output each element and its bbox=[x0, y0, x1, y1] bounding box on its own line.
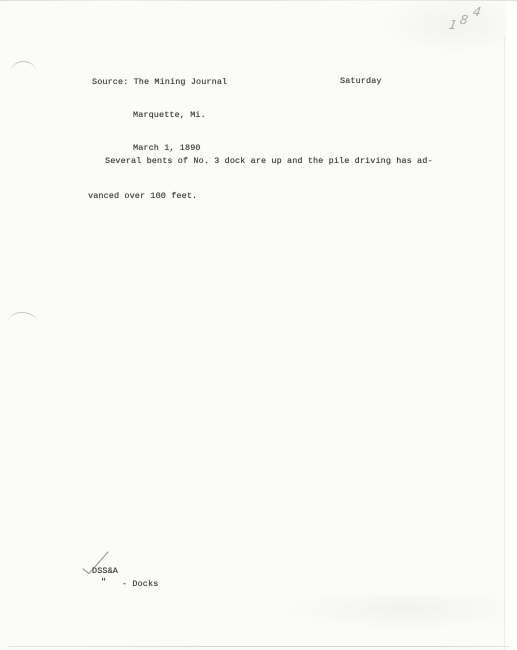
scan-right-edge-line bbox=[504, 36, 505, 650]
page-number-digit: 8 bbox=[459, 12, 469, 28]
scanned-document-page: 1 8 4 Source: The Mining Journal Marquet… bbox=[0, 0, 517, 650]
paragraph-line: vanced over 100 feet. bbox=[88, 191, 433, 203]
index-category: - Docks bbox=[122, 579, 158, 590]
page-number-digit: 4 bbox=[472, 4, 482, 20]
weekday-label: Saturday bbox=[340, 76, 382, 87]
pencil-arc-mark-icon bbox=[10, 60, 37, 73]
handwritten-page-number: 1 8 4 bbox=[446, 3, 494, 37]
scan-corner-shade-bottom-right bbox=[285, 595, 505, 630]
page-number-digit: 1 bbox=[448, 17, 458, 33]
source-line: Source: The Mining Journal bbox=[92, 77, 227, 88]
scan-bottom-edge bbox=[8, 646, 509, 647]
source-location: Marquette, Mi. bbox=[133, 110, 227, 121]
ditto-mark: " bbox=[101, 577, 106, 588]
scan-top-edge bbox=[0, 0, 517, 1]
scan-right-edge-band bbox=[505, 0, 517, 650]
index-code: DSS&A bbox=[92, 566, 118, 577]
paragraph-line: Several bents of No. 3 dock are up and t… bbox=[88, 156, 433, 168]
pencil-arc-mark-icon bbox=[8, 311, 39, 324]
article-paragraph: Several bents of No. 3 dock are up and t… bbox=[88, 133, 433, 225]
